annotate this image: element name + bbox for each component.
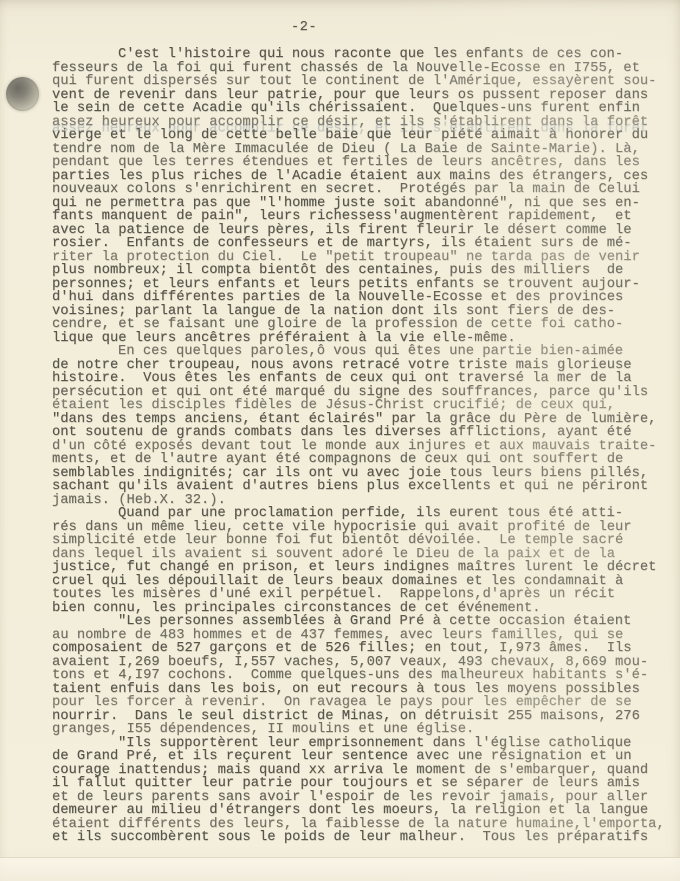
text-line: justice, fut changé en prison, et leurs … [52, 561, 672, 575]
text-line: d'hui dans différentes parties de la Nou… [52, 291, 672, 305]
text-line: histoire. Vous êtes les enfants de ceux … [52, 372, 672, 386]
text-line: pour les forcer à revenir. On ravagea le… [52, 696, 672, 710]
text-line: Quand par une proclamation perfide, ils … [52, 507, 672, 521]
text-line: tendre nom de la Mère Immaculée de Dieu … [52, 143, 672, 157]
bottom-page-edge [0, 857, 680, 881]
document-page: -2- C'est l'histoire qui nous raconte qu… [0, 0, 680, 881]
text-line: persécution et qui ont été marqué du sig… [52, 386, 672, 400]
text-line: au nombre de 483 hommes et de 437 femmes… [52, 629, 672, 643]
text-line: toutes les misères d'uné exil perpétuel.… [52, 588, 672, 602]
text-line: et ils succombèrent sous le poids de leu… [52, 831, 672, 845]
text-line: étaient différents des leurs, la faibles… [52, 818, 672, 832]
hole-punch [6, 77, 39, 111]
text-line: "Ils supportèrent leur emprisonnement da… [52, 737, 672, 751]
text-line: voisines; parlant la langue de la nation… [52, 305, 672, 319]
text-line: le sein de cette Acadie qu'ils chérissai… [52, 102, 672, 116]
text-line: "Les personnes assemblées à Grand Pré à … [52, 615, 672, 629]
text-line: et de leurs parents sans avoir l'espoir … [52, 791, 672, 805]
text-line: riter la protection du Ciel. Le "petit t… [52, 251, 672, 265]
text-line: "dans des temps anciens, étant éclairés"… [52, 413, 672, 427]
text-line: rés dans un même lieu, cette vile hypocr… [52, 521, 672, 535]
text-line: courage inattendus; mais quand xx arriva… [52, 764, 672, 778]
text-line: nouveaux colons s'enrichirent en secret.… [52, 183, 672, 197]
text-line: qui furent dispersés sur tout le contine… [52, 75, 672, 89]
text-line: granges, I55 dépendences, II moulins et … [52, 723, 672, 737]
text-line: tons et 4,I97 cochons. Comme quelques-un… [52, 669, 672, 683]
text-line: vent de revenir dans leur patrie, pour q… [52, 89, 672, 103]
text-line: En ces quelques paroles,ô vous qui êtes … [52, 345, 672, 359]
text-line: dans lequel ils avaient si souvent adoré… [52, 548, 672, 562]
text-line: C'est l'histoire qui nous raconte que le… [52, 48, 672, 62]
text-line: pendant que les terres étendues et ferti… [52, 156, 672, 170]
text-line: jamais. (Heb.X. 32.). [52, 494, 672, 508]
text-line: il fallut quitter leur patrie pour toujo… [52, 777, 672, 791]
text-line: nourrir. Dans le seul district de Minas,… [52, 710, 672, 724]
page-number: -2- [0, 20, 608, 35]
text-line: ments, et de l'autre ayant été compagnon… [52, 453, 672, 467]
text-line: avec la patience de leurs pères, ils fir… [52, 224, 672, 238]
text-line: cruel qui les dépouillait de leurs beaux… [52, 575, 672, 589]
text-line: rosier. Enfants de confesseurs et de mar… [52, 237, 672, 251]
text-line: bien connu, les principales circonstance… [52, 602, 672, 616]
text-line: taient enfuis dans les bois, on eut reco… [52, 683, 672, 697]
text-line: lique que leurs ancêtres préféraient à l… [52, 332, 672, 346]
text-line: plus nombreux; il compta bientôt des cen… [52, 264, 672, 278]
text-line: demeurer au milieu d'étrangers dont les … [52, 804, 672, 818]
text-line: qui ne permettra pas que "l'homme juste … [52, 197, 672, 211]
text-line: sachant qu'ils avaient d'autres biens pl… [52, 480, 672, 494]
text-line: fesseurs de la foi qui furent chassés de… [52, 62, 672, 76]
text-line: étaient les disciples fidèles de Jésus-C… [52, 399, 672, 413]
text-line: simplicité etde leur bonne foi fut bient… [52, 534, 672, 548]
text-body: C'est l'histoire qui nous raconte que le… [52, 48, 672, 845]
text-line: personnes; et leurs enfants et leurs pet… [52, 278, 672, 292]
text-line: avaient I,269 boeufs, I,557 vaches, 5,00… [52, 656, 672, 670]
text-line: de Grand Pré, et ils reçurent leur sente… [52, 750, 672, 764]
text-line: de notre cher troupeau, nous avons retra… [52, 359, 672, 373]
text-line: ont soutenu de grands combats dans les d… [52, 426, 672, 440]
text-line: composaient de 527 garçons et de 526 fil… [52, 642, 672, 656]
text-line: semblables indignités; car ils ont vu av… [52, 467, 672, 481]
text-line: cendre, et se faisant une gloire de la p… [52, 318, 672, 332]
text-line: parties les plus riches de l'Acadie étai… [52, 170, 672, 184]
text-line: fants manquent de pain", leurs richesses… [52, 210, 672, 224]
text-line: d'un côté exposés devant tout le monde a… [52, 440, 672, 454]
